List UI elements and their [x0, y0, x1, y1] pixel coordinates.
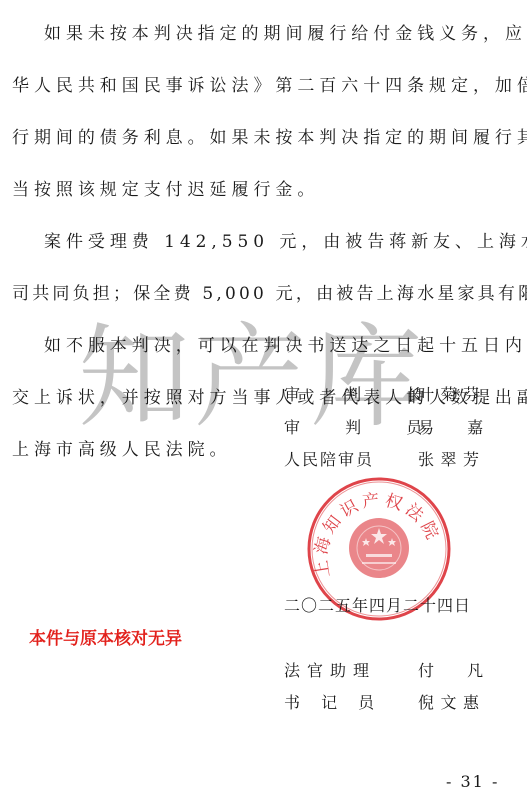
paragraph-3-line-1: 如不服本判决，可以在判决书送达之日起十五日内，向本院递 [44, 336, 527, 356]
page-number: - 31 - [446, 772, 499, 792]
signature-name-judge: 易 嘉 [418, 418, 497, 438]
clerk-name-court-clerk: 倪文惠 [418, 693, 486, 713]
judgment-page: 如果未按本判决指定的期间履行给付金钱义务，应当依照《中 华人民共和国民事诉讼法》… [0, 0, 527, 180]
paragraph-1-line-3: 行期间的债务利息。如果未按本判决指定的期间履行其他义务，应 [12, 128, 502, 148]
certification-stamp: 本件与原本核对无异 [29, 626, 182, 652]
judgment-date: 二〇二五年四月二十四日 [284, 596, 471, 616]
signature-name-people-assessor: 张翠芳 [418, 450, 486, 470]
paragraph-1-line-1: 如果未按本判决指定的期间履行给付金钱义务，应当依照《中 [44, 24, 527, 44]
paragraph-2-line-1: 案件受理费 142,550 元，由被告蒋新友、上海水星家具有限公 [44, 232, 527, 252]
paragraph-2-line-2: 司共同负担；保全费 5,000 元，由被告上海水星家具有限公司负担。 [12, 284, 502, 304]
paragraph-1-line-4: 当按照该规定支付迟延履行金。 [12, 180, 502, 200]
signature-role-people-assessor: 人民陪审员 [284, 450, 374, 470]
clerk-role-judge-assistant: 法官助理 [284, 661, 376, 681]
clerk-role-court-clerk: 书 记 员 [284, 693, 382, 713]
clerk-name-judge-assistant: 付 凡 [418, 661, 497, 681]
paragraph-1-line-2: 华人民共和国民事诉讼法》第二百六十四条规定，加倍支付迟延履 [12, 76, 502, 96]
signature-name-presiding-judge: 叶菊芬 [418, 385, 486, 405]
